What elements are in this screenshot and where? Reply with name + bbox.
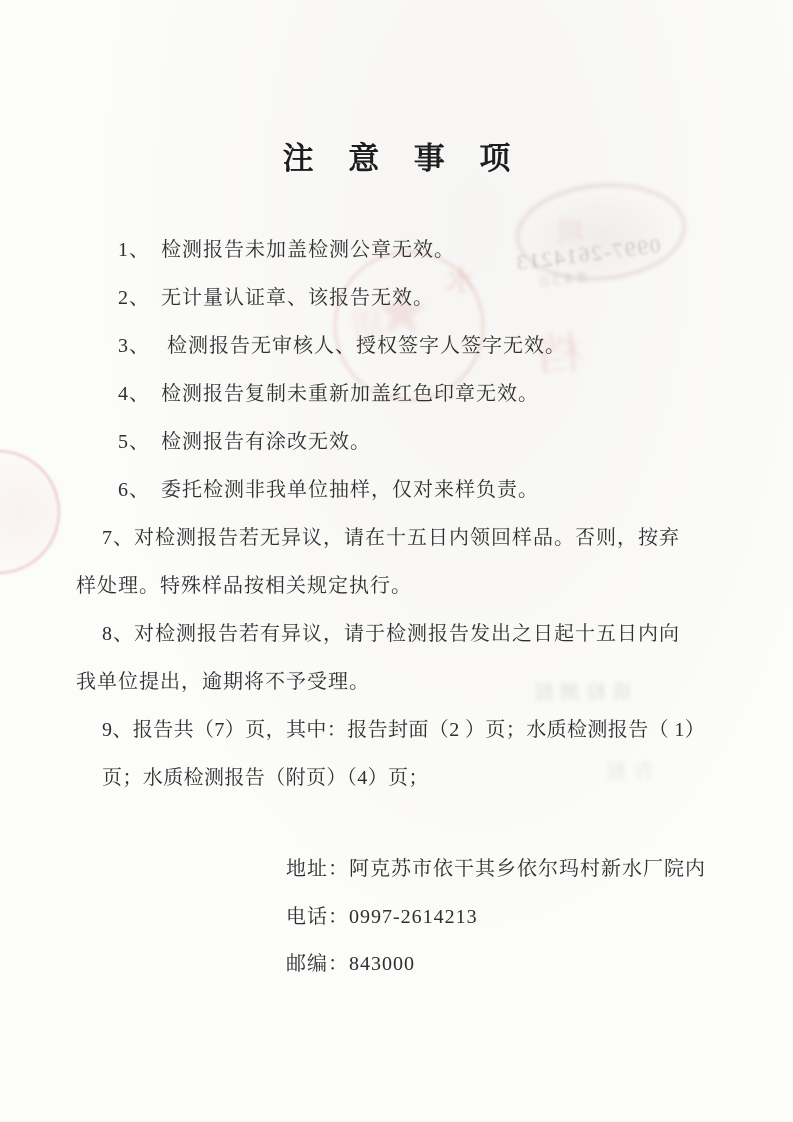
contact-block: 地址：阿克苏市依干其乡依尔玛村新水厂院内 电话：0997-2614213 邮编：…	[286, 846, 793, 989]
page-title: 注 意 事 项	[0, 0, 793, 177]
contact-phone: 电话：0997-2614213	[286, 894, 793, 942]
contact-address: 地址：阿克苏市依干其乡依尔玛村新水厂院内	[286, 846, 793, 894]
note-item-7: 7、对检测报告若无异议，请在十五日内领回样品。否则，按弃 样处理。特殊样品按相关…	[76, 514, 753, 610]
note-item-2: 2、 无计量认证章、该报告无效。	[76, 274, 753, 322]
note-item-5: 5、 检测报告有涂改无效。	[76, 418, 753, 466]
note-item-6: 6、 委托检测非我单位抽样，仅对来样负责。	[76, 466, 753, 514]
note-item-1: 1、 检测报告未加盖检测公章无效。	[76, 226, 753, 274]
notes-list: 1、 检测报告未加盖检测公章无效。 2、 无计量认证章、该报告无效。 3、 检测…	[0, 226, 793, 802]
contact-postal: 邮编：843000	[286, 941, 793, 989]
note-item-3: 3、 检测报告无审核人、授权签字人签字无效。	[76, 322, 753, 370]
note-item-4: 4、 检测报告复制未重新加盖红色印章无效。	[76, 370, 753, 418]
note-item-8: 8、对检测报告若有异议，请于检测报告发出之日起十五日内向 我单位提出，逾期将不予…	[76, 610, 753, 706]
note-item-9: 9、报告共（7）页，其中：报告封面（2 ）页；水质检测报告（ 1） 页；水质检测…	[76, 706, 753, 802]
document-page: 0997-2614213 8430 ★ 水 质 档 坝 质检测报 告报 注 意 …	[0, 0, 793, 1122]
